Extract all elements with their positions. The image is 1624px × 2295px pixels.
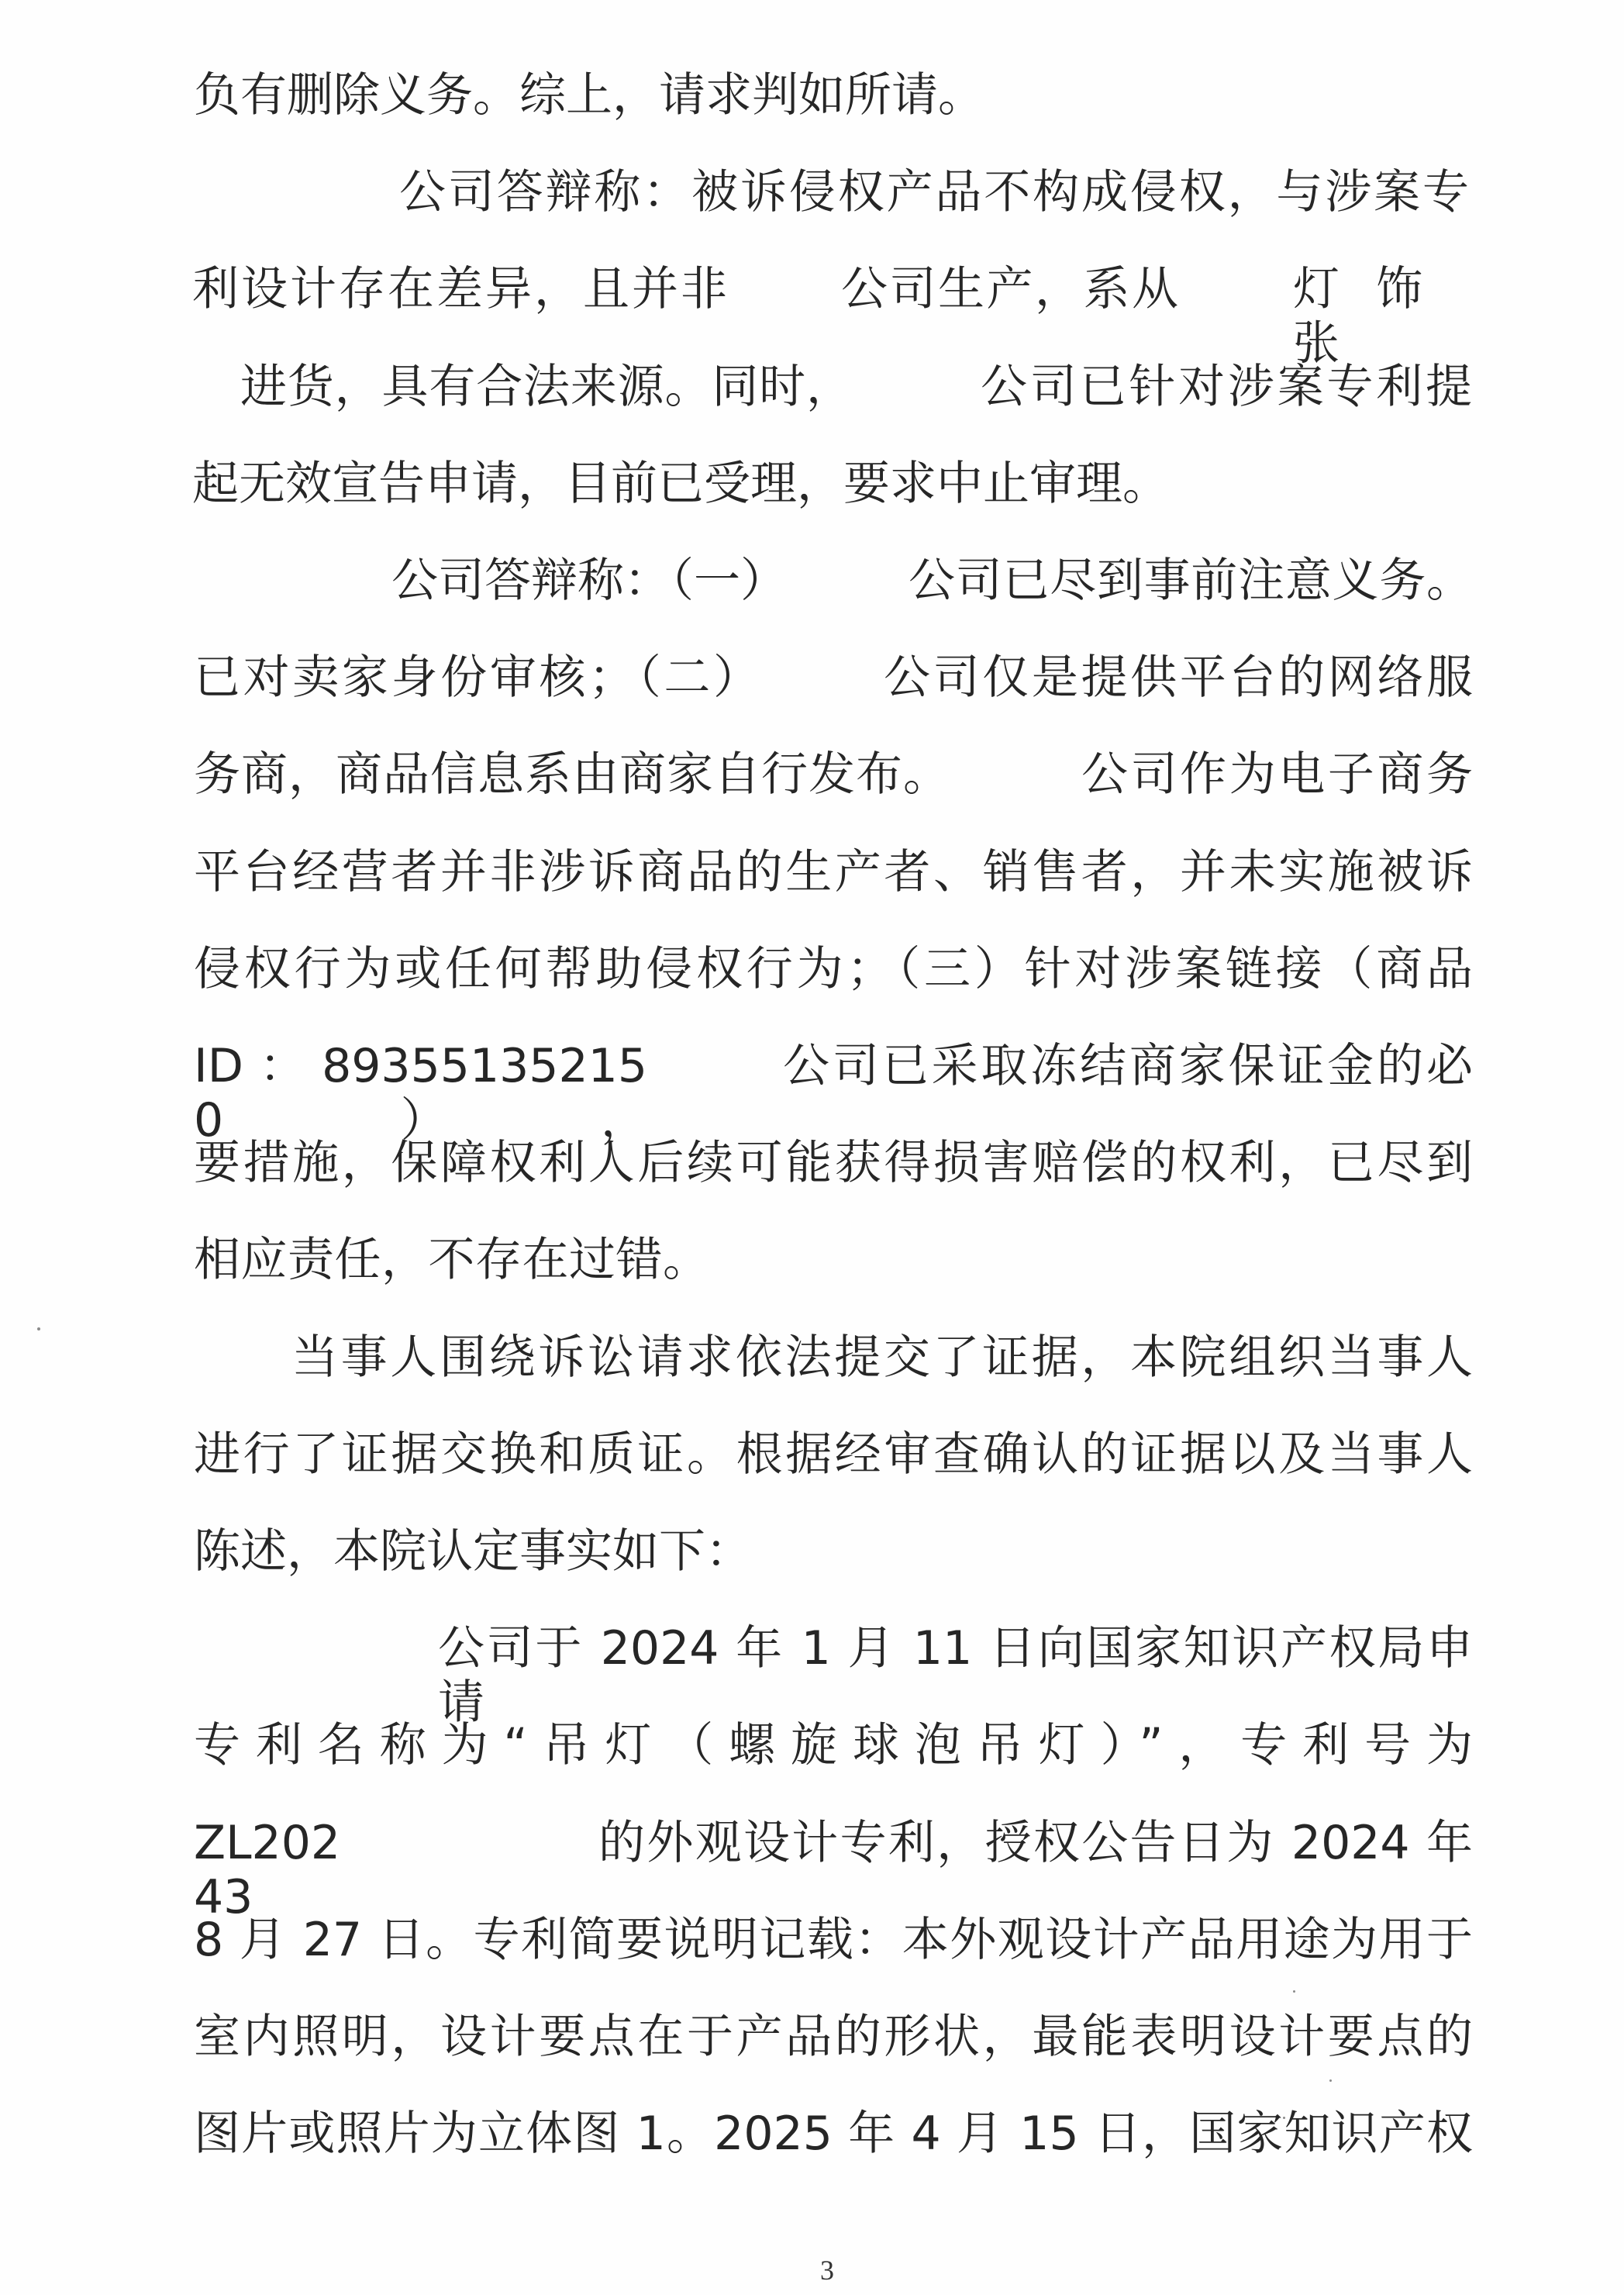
- text-line: 8 月 27 日。专利简要说明记载：本外观设计产品用途为用于: [0, 1913, 1624, 1967]
- text-segment: 务商，商品信息系由商家自行发布。: [194, 747, 950, 802]
- text-line: 图片或照片为立体图 1。2025 年 4 月 15 日，国家知识产权: [0, 2107, 1624, 2161]
- text-segment: 相应责任，不存在过错。: [194, 1233, 709, 1287]
- text-line: 进货，具有合法来源。同时，公司已针对涉案专利提: [0, 360, 1624, 414]
- text-line: 室内照明，设计要点在于产品的形状，最能表明设计要点的: [0, 2010, 1624, 2064]
- text-line: 公司答辩称：被诉侵权产品不构成侵权，与涉案专: [0, 165, 1624, 219]
- text-segment: 公司已尽到事前注意义务。: [909, 554, 1473, 608]
- text-segment: 进行了证据交换和质证。根据经审查确认的证据以及当事人: [194, 1427, 1473, 1482]
- text-segment: 8 月 27 日。专利简要说明记载：本外观设计产品用途为用于: [194, 1913, 1473, 1967]
- text-line: 要措施，保障权利人后续可能获得损害赔偿的权利，已尽到: [0, 1136, 1624, 1190]
- text-segment: 室内照明，设计要点在于产品的形状，最能表明设计要点的: [194, 2010, 1473, 2064]
- text-line: 务商，商品信息系由商家自行发布。公司作为电子商务: [0, 747, 1624, 802]
- text-segment: ZL20243: [194, 1816, 357, 1870]
- scan-speck: [1329, 2079, 1332, 2082]
- scan-speck: [1293, 1990, 1295, 1993]
- text-segment: 公司生产，系从: [841, 262, 1178, 316]
- text-line: ID：893551352150），公司已采取冻结商家保证金的必: [0, 1039, 1624, 1093]
- text-line: 公司于 2024 年 1 月 11 日向国家知识产权局申请: [0, 1621, 1624, 1676]
- text-segment: 专利名称为“吊灯（螺旋球泡吊灯）”，专利号为: [194, 1718, 1473, 1772]
- text-segment: 进货，具有合法来源。同时，: [240, 360, 853, 414]
- scan-speck: [1283, 2117, 1285, 2119]
- text-line: 负有删除义务。综上，请求判如所请。: [0, 68, 1624, 123]
- text-line: 平台经营者并非涉诉商品的生产者、销售者，并未实施被诉: [0, 845, 1624, 899]
- text-segment: 公司仅是提供平台的网络服: [884, 651, 1473, 705]
- document-page: 负有删除义务。综上，请求判如所请。公司答辩称：被诉侵权产品不构成侵权，与涉案专利…: [0, 0, 1624, 2295]
- page-number: 3: [806, 2255, 848, 2286]
- text-segment: 公司答辩称：被诉侵权产品不构成侵权，与涉案专: [399, 165, 1469, 219]
- text-line: 陈述，本院认定事实如下：: [0, 1524, 1624, 1579]
- text-line: 专利名称为“吊灯（螺旋球泡吊灯）”，专利号为: [0, 1718, 1624, 1772]
- text-line: 侵权行为或任何帮助侵权行为；（三）针对涉案链接（商品: [0, 942, 1624, 996]
- text-segment: ID：893551352150），: [194, 1039, 647, 1093]
- text-segment: 公司作为电子商务: [1081, 747, 1473, 802]
- text-segment: 公司于 2024 年 1 月 11 日向国家知识产权局申请: [438, 1621, 1473, 1676]
- text-segment: 平台经营者并非涉诉商品的生产者、销售者，并未实施被诉: [194, 845, 1473, 899]
- text-segment: 起无效宣告申请，目前已受理，要求中止审理。: [192, 457, 1202, 511]
- text-segment: 利设计存在差异，且并非: [192, 262, 727, 316]
- text-segment: 已对卖家身份审核；（二）: [194, 651, 760, 705]
- text-segment: 灯饰张: [1293, 262, 1422, 316]
- text-line: 利设计存在差异，且并非公司生产，系从灯饰张: [0, 262, 1624, 316]
- text-line: ZL20243的外观设计专利，授权公告日为 2024 年: [0, 1816, 1624, 1870]
- text-segment: 陈述，本院认定事实如下：: [194, 1524, 752, 1579]
- text-segment: 公司已采取冻结商家保证金的必: [783, 1039, 1473, 1093]
- text-segment: 侵权行为或任何帮助侵权行为；（三）针对涉案链接（商品: [194, 942, 1473, 996]
- text-segment: 公司已针对涉案专利提: [981, 360, 1472, 414]
- text-line: 公司答辩称：（一）公司已尽到事前注意义务。: [0, 554, 1624, 608]
- text-line: 进行了证据交换和质证。根据经审查确认的证据以及当事人: [0, 1427, 1624, 1482]
- text-segment: 负有删除义务。综上，请求判如所请。: [194, 68, 1008, 123]
- text-segment: 图片或照片为立体图 1。2025 年 4 月 15 日，国家知识产权: [194, 2107, 1473, 2161]
- text-line: 相应责任，不存在过错。: [0, 1233, 1624, 1287]
- text-segment: 公司答辩称：（一）: [391, 554, 784, 608]
- text-line: 起无效宣告申请，目前已受理，要求中止审理。: [0, 457, 1624, 511]
- text-segment: 当事人围绕诉讼请求依法提交了证据，本院组织当事人: [291, 1330, 1473, 1385]
- scan-speck: [37, 1327, 40, 1330]
- text-line: 已对卖家身份审核；（二）公司仅是提供平台的网络服: [0, 651, 1624, 705]
- text-line: 当事人围绕诉讼请求依法提交了证据，本院组织当事人: [0, 1330, 1624, 1385]
- text-segment: 要措施，保障权利人后续可能获得损害赔偿的权利，已尽到: [194, 1136, 1473, 1190]
- text-segment: 的外观设计专利，授权公告日为 2024 年: [598, 1816, 1473, 1870]
